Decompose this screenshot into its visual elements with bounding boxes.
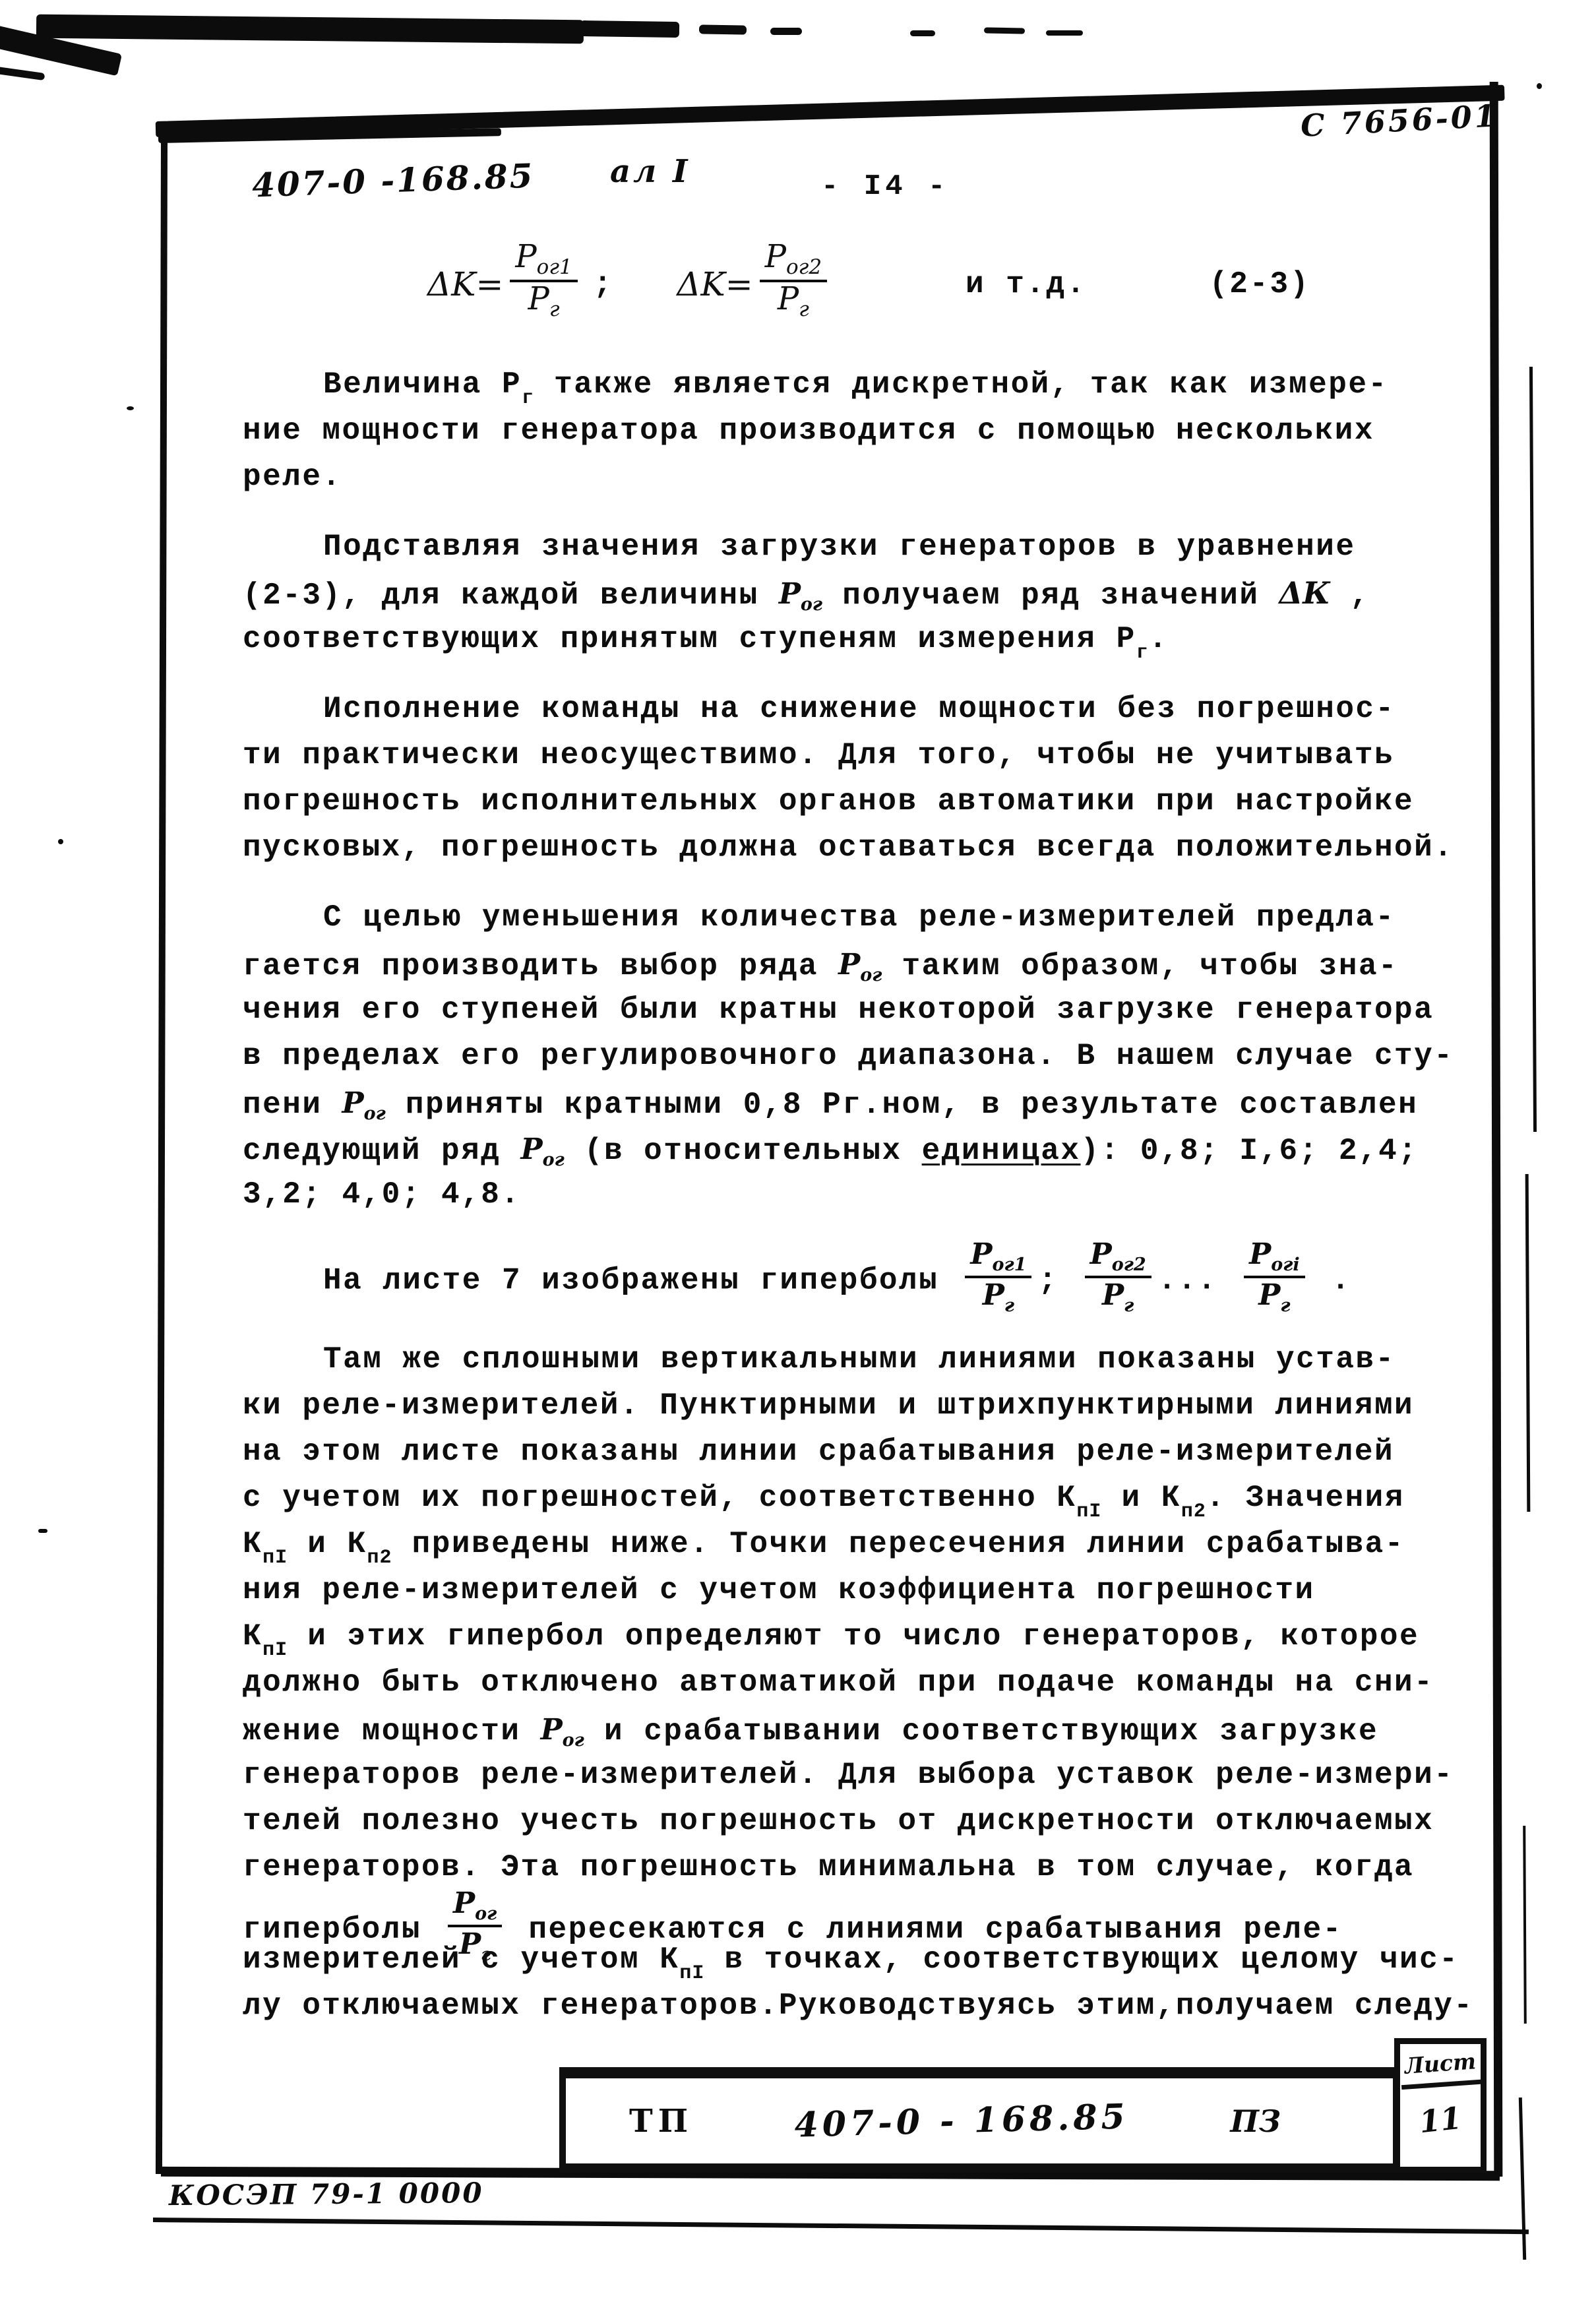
text-line: генераторов. Эта погрешность минимальна … bbox=[243, 1844, 1509, 1890]
text-line: ние мощности генератора производится с п… bbox=[243, 408, 1509, 454]
equation-lhs-1: ΔK= bbox=[427, 265, 503, 303]
paragraph: На листе 7 изображены гиперболы Pог1Pг; … bbox=[243, 1241, 1509, 1313]
text-line: С целью уменьшения количества реле-измер… bbox=[243, 894, 1509, 941]
footer-form-code: КОСЭП 79-1 0000 bbox=[169, 2177, 484, 2212]
scan-streak-dash-4 bbox=[984, 27, 1025, 34]
scan-streak-dash-3 bbox=[910, 30, 935, 36]
text-line: Исполнение команды на снижение мощности … bbox=[243, 686, 1509, 732]
inline-fraction: PогPг bbox=[448, 1886, 502, 1965]
scan-thin-line-right-2 bbox=[1525, 1174, 1531, 1512]
text-line: должно быть отключено автоматикой при по… bbox=[243, 1660, 1509, 1706]
sheet-number: 11 bbox=[1397, 2083, 1484, 2157]
equation-fraction-2: Pог2Pг bbox=[760, 240, 827, 320]
scan-streak-top-main bbox=[36, 15, 584, 44]
text-line: Подставляя значения загрузки генераторов… bbox=[243, 524, 1509, 570]
title-block: ТП 407-0 - 168.85 ПЗ bbox=[559, 2067, 1399, 2173]
page-border-left bbox=[156, 127, 168, 2174]
scan-speck-2 bbox=[58, 839, 63, 844]
paragraph: Подставляя значения загрузки генераторов… bbox=[243, 524, 1509, 662]
text-line: погрешность исполнительных органов автом… bbox=[243, 778, 1509, 824]
scan-bottom-line bbox=[153, 2218, 1529, 2234]
equation-separator: ; bbox=[594, 267, 614, 301]
header-doc-code: 407-0 -168.85 bbox=[251, 156, 535, 205]
text-line: соответствующих принятым ступеням измере… bbox=[243, 616, 1509, 662]
title-block-code: 407-0 - 168.85 bbox=[692, 2094, 1231, 2148]
equation-lhs-2: ΔK= bbox=[677, 265, 752, 303]
scan-thin-line-right-4 bbox=[1519, 2097, 1526, 2260]
scan-speck-corner bbox=[1537, 83, 1542, 89]
text-line: в пределах его регулировочного диапазона… bbox=[243, 1033, 1509, 1079]
text-line: пени Pог приняты кратными 0,8 Рг.ном, в … bbox=[243, 1079, 1509, 1125]
text-line: на этом листе показаны линии срабатывани… bbox=[243, 1429, 1509, 1475]
text-line: с учетом их погрешностей, соответственно… bbox=[243, 1475, 1509, 1521]
scan-thin-line-right-3 bbox=[1523, 1826, 1527, 2024]
equation-2-3: ΔK= Pог1Pг ; ΔK= Pог2Pг и т.д. (2-3) bbox=[427, 241, 1310, 327]
inline-fraction: Pог2Pг bbox=[1085, 1237, 1151, 1316]
text-line: Величина Рг также является дискретной, т… bbox=[243, 361, 1509, 408]
text-line: (2-3), для каждой величины Pог получаем … bbox=[243, 570, 1509, 616]
text-line: чения его ступеней были кратны некоторой… bbox=[243, 987, 1509, 1033]
scan-thin-line-right-1 bbox=[1529, 367, 1537, 1132]
scan-streak-dash-2 bbox=[770, 28, 802, 35]
scan-streak-dash-5 bbox=[1046, 30, 1083, 36]
text-line: жение мощности Pог и срабатывании соотве… bbox=[243, 1706, 1509, 1752]
text-line: лу отключаемых генераторов.Руководствуяс… bbox=[243, 1983, 1509, 2029]
text-line: Там же сплошными вертикальными линиями п… bbox=[243, 1336, 1509, 1382]
scan-streak-top-2 bbox=[580, 20, 679, 38]
text-line: ти практически неосуществимо. Для того, … bbox=[243, 732, 1509, 778]
paragraph: С целью уменьшения количества реле-измер… bbox=[243, 894, 1509, 1218]
text-line: На листе 7 изображены гиперболы Pог1Pг; … bbox=[243, 1241, 1509, 1313]
equation-etc: и т.д. bbox=[966, 267, 1087, 301]
scan-speck-3 bbox=[38, 1529, 47, 1533]
text-line: ния реле-измерителей с учетом коэффициен… bbox=[243, 1567, 1509, 1613]
text-line: пусковых, погрешность должна оставаться … bbox=[243, 824, 1509, 871]
text-line: гиперболы PогPг пересекаются с линиями с… bbox=[243, 1890, 1509, 1937]
title-block-org: ТП bbox=[629, 2103, 693, 2140]
text-line: телей полезно учесть погрешность от диск… bbox=[243, 1798, 1509, 1844]
paragraph: Величина Рг также является дискретной, т… bbox=[243, 361, 1509, 500]
paragraph: Исполнение команды на снижение мощности … bbox=[243, 686, 1509, 871]
scan-speck-1 bbox=[127, 406, 134, 410]
header-part-note: ал I bbox=[610, 153, 690, 190]
paragraph: Там же сплошными вертикальными линиями п… bbox=[243, 1336, 1509, 2029]
text-line: измерителей с учетом КпI в точках, соотв… bbox=[243, 1937, 1509, 1983]
scan-streak-dash-1 bbox=[699, 24, 747, 34]
document-body: Величина Рг также является дискретной, т… bbox=[243, 361, 1509, 2029]
text-line: КпI и Кп2 приведены ниже. Точки пересече… bbox=[243, 1521, 1509, 1567]
scan-corner-dash bbox=[0, 67, 45, 80]
text-line: генераторов реле-измерителей. Для выбора… bbox=[243, 1752, 1509, 1798]
inline-fraction: PогiPг bbox=[1244, 1237, 1305, 1316]
text-line: 3,2; 4,0; 4,8. bbox=[243, 1171, 1509, 1218]
equation-number: (2-3) bbox=[1210, 267, 1310, 301]
text-line: ки реле-измерителей. Пунктирными и штрих… bbox=[243, 1382, 1509, 1429]
title-block-doc-type: ПЗ bbox=[1230, 2103, 1281, 2139]
sheet-label: Лист bbox=[1399, 2041, 1482, 2090]
equation-fraction-1: Pог1Pг bbox=[510, 240, 577, 320]
text-line: следующий ряд Pог (в относительных едини… bbox=[243, 1125, 1509, 1171]
inline-fraction: Pог1Pг bbox=[965, 1237, 1031, 1316]
text-line: гается производить выбор ряда Pог таким … bbox=[243, 941, 1509, 987]
text-line: реле. bbox=[243, 454, 1509, 500]
page-number: - I4 - bbox=[821, 170, 949, 203]
sheet-cell: Лист 11 bbox=[1394, 2038, 1487, 2173]
text-line: КпI и этих гипербол определяют то число … bbox=[243, 1613, 1509, 1660]
